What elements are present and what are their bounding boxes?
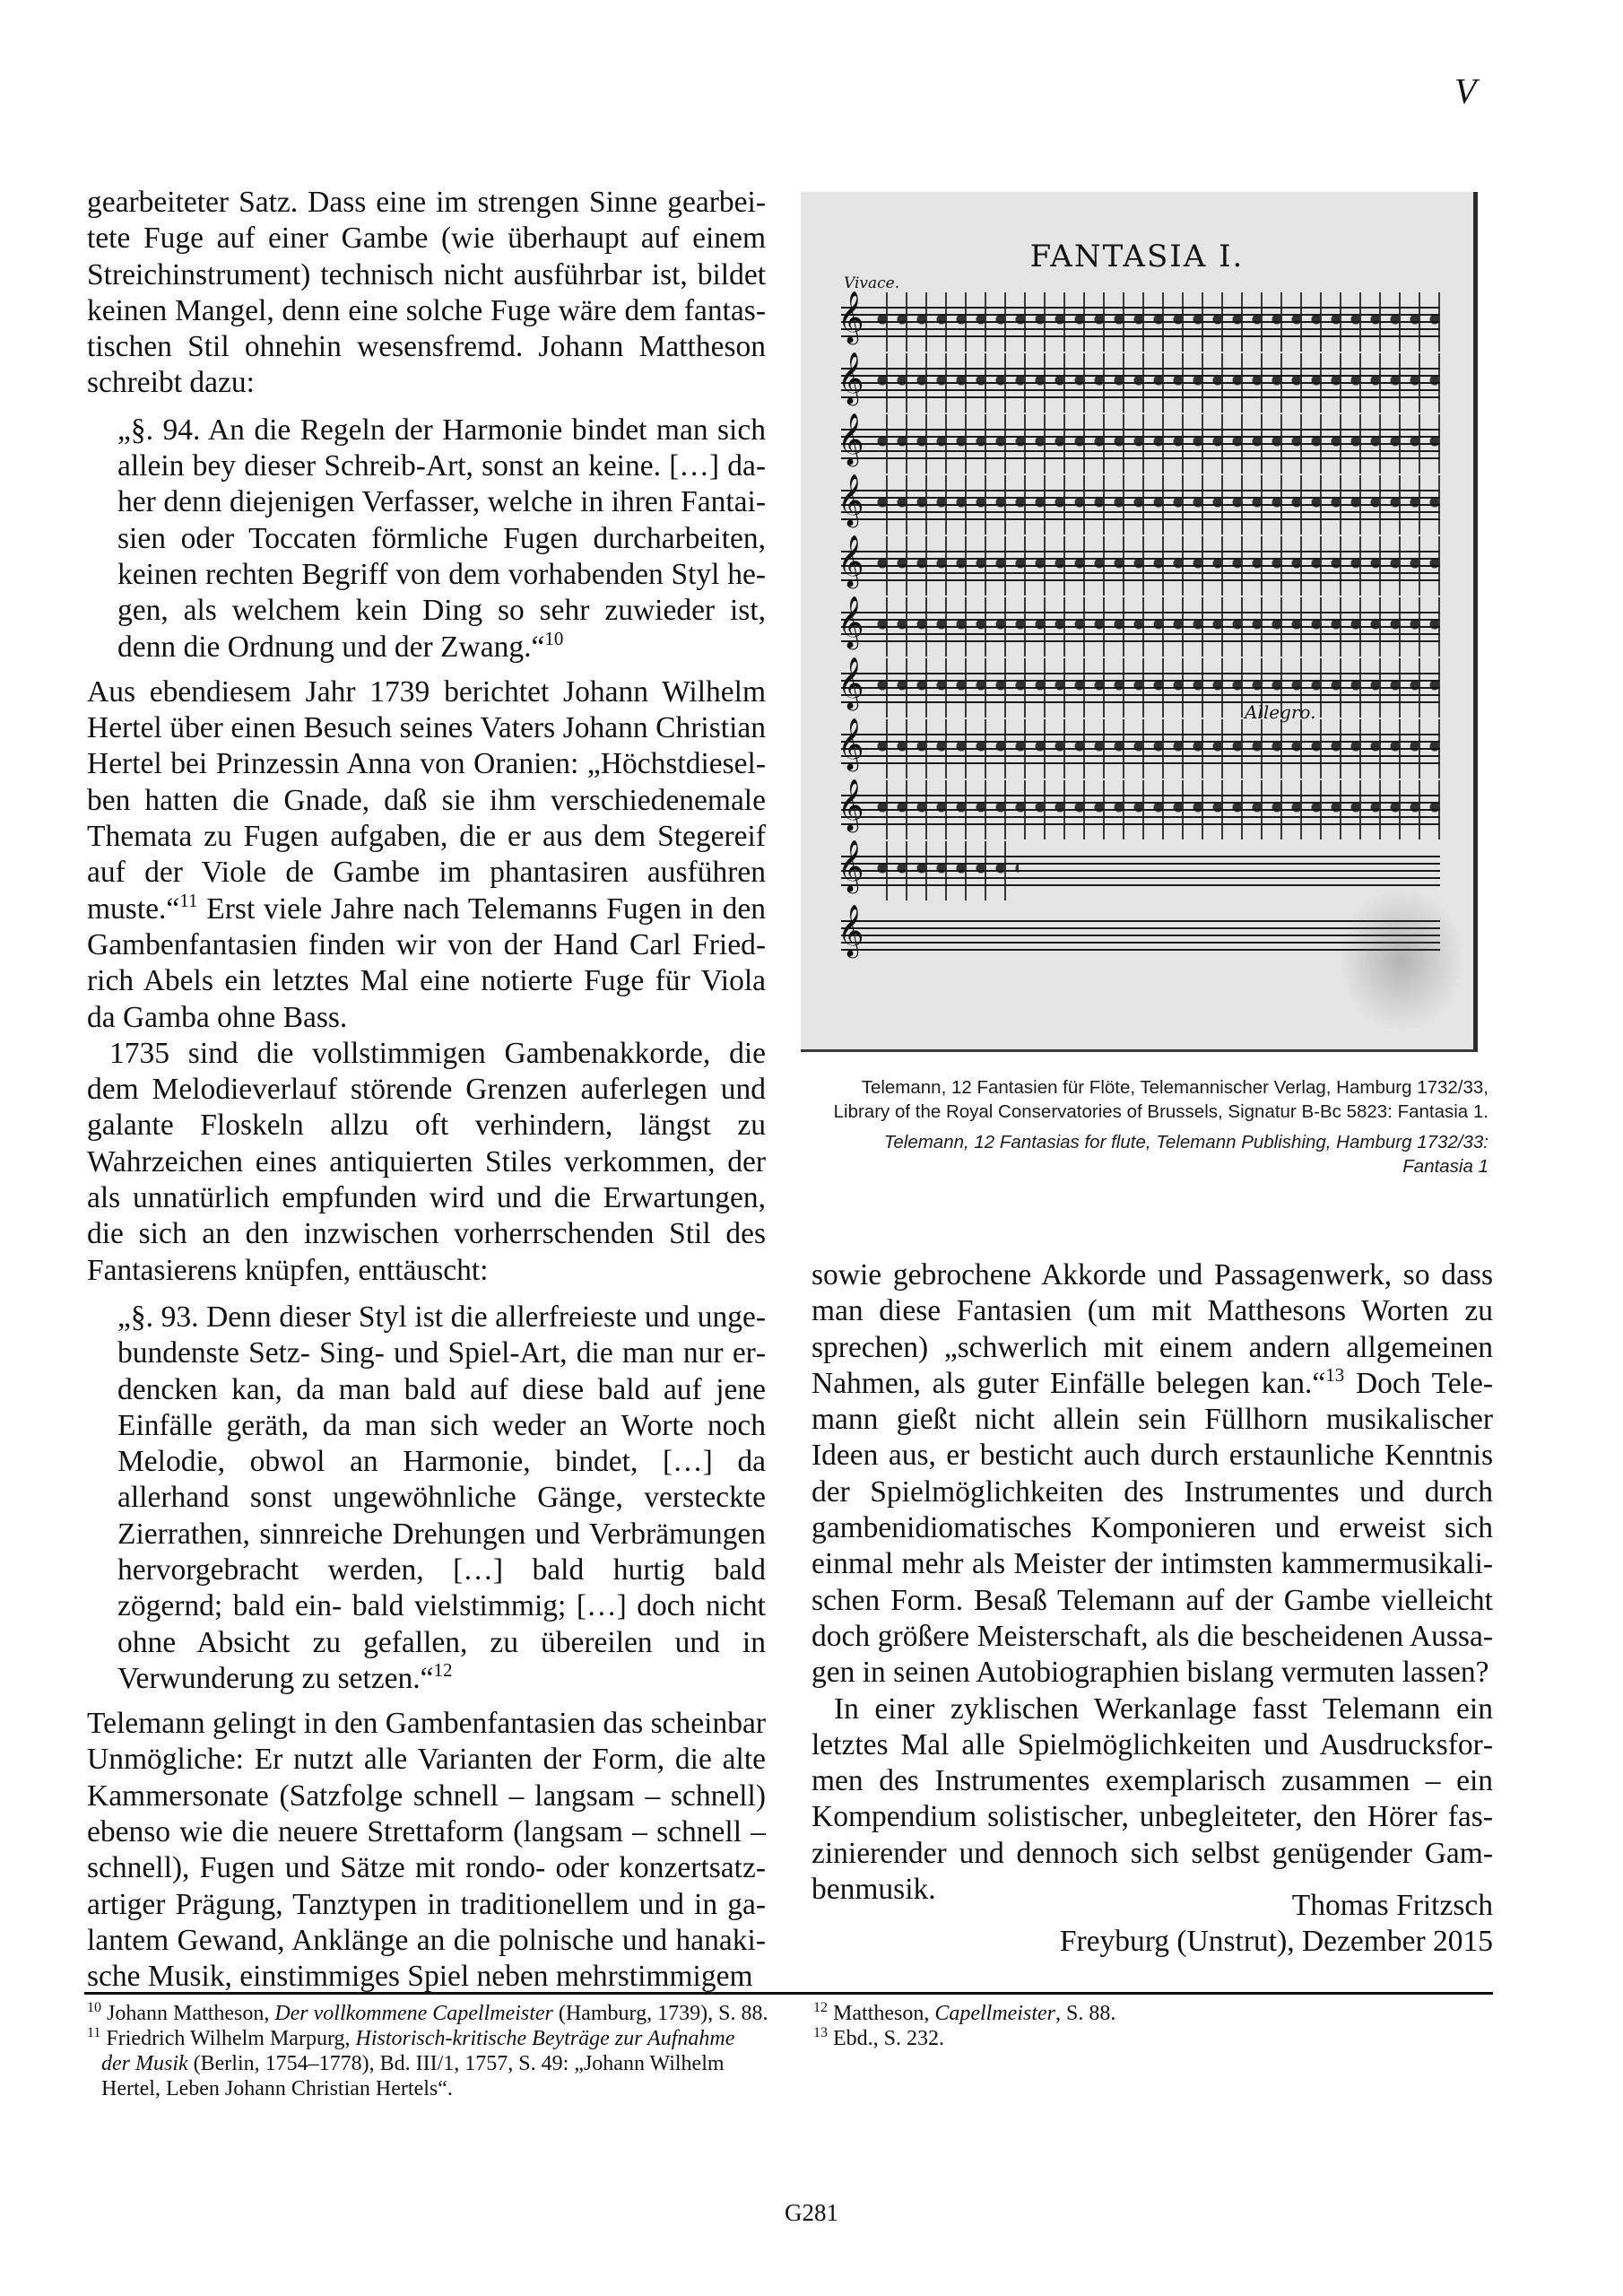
- paragraph: sowie gebrochene Akkorde und Passagenwer…: [811, 1257, 1493, 1692]
- paragraph: 1735 sind die vollstimmigen Gambenakkord…: [87, 1036, 766, 1289]
- treble-clef-icon: 𝄞: [838, 908, 864, 952]
- paragraph: Telemann gelingt in den Gambenfantasien …: [87, 1706, 766, 1995]
- footnote-text: (Berlin, 1754–1778), Bd. III/1, 1757, S.…: [101, 2052, 725, 2100]
- paper-stain: [1339, 888, 1464, 1031]
- footnote-number: 12: [813, 2000, 828, 2015]
- footnotes-right: 12 Mattheson, Capellmeister, S. 88. 13 E…: [813, 2001, 1477, 2051]
- treble-clef-icon: 𝄞: [838, 477, 864, 522]
- music-staff: 𝄞: [841, 429, 1440, 459]
- treble-clef-icon: 𝄞: [838, 294, 864, 339]
- paragraph-text: Erst viele Jahre nach Telemanns Fugen in…: [87, 892, 766, 1034]
- footnote-text: Ebd., S. 232.: [833, 2027, 944, 2050]
- footnote-number: 13: [813, 2025, 828, 2040]
- footnote-title: Der vollkommene Capellmeister: [274, 2002, 553, 2025]
- manuscript-facsimile-image: FANTASIA I. Vivace. 𝄞 𝄞 𝄞 𝄞 𝄞 𝄞 𝄞 Allegr…: [801, 192, 1478, 1052]
- music-staff: 𝄞: [841, 368, 1440, 398]
- footnote-text: , S. 88.: [1055, 2002, 1115, 2025]
- footnote-text: Johann Mattheson,: [107, 2002, 274, 2025]
- caption-german: Telemann, 12 Fantasien für Flöte, Telema…: [811, 1075, 1488, 1124]
- music-staff: 𝄞: [841, 307, 1440, 337]
- quote-text: „§. 93. Denn dieser Styl ist die allerfr…: [117, 1300, 766, 1695]
- footnote-text: (Hamburg, 1739), S. 88.: [553, 2002, 768, 2025]
- music-staff: 𝄞: [841, 490, 1440, 520]
- music-staff: 𝄞: [841, 734, 1440, 764]
- treble-clef-icon: 𝄞: [838, 599, 864, 644]
- footnote-10: 10 Johann Mattheson, Der vollkommene Cap…: [87, 2001, 768, 2026]
- footnote-11: 11 Friedrich Wilhelm Marpurg, Historisch…: [87, 2026, 768, 2101]
- treble-clef-icon: 𝄞: [838, 782, 864, 827]
- treble-clef-icon: 𝄞: [838, 721, 864, 766]
- footnote-number: 11: [87, 2025, 100, 2040]
- footnote-number: 10: [87, 2000, 101, 2015]
- quote-text: „§. 94. An die Regeln der Harmonie binde…: [117, 413, 766, 664]
- page-folio: V: [1454, 74, 1476, 109]
- tempo-marking-vivace: Vivace.: [844, 274, 899, 292]
- author-signature: Thomas Fritzsch: [1292, 1888, 1493, 1924]
- paragraph-text: Doch Tele­mann gießt nicht allein sein F…: [811, 1367, 1493, 1689]
- footnote-13: 13 Ebd., S. 232.: [813, 2026, 1477, 2051]
- music-staff: 𝄞: [841, 612, 1440, 642]
- page-number: G281: [0, 2199, 1623, 2227]
- figure-caption: Telemann, 12 Fantasien für Flöte, Telema…: [811, 1075, 1488, 1178]
- footnote-text: Friedrich Wilhelm Marpurg,: [106, 2027, 355, 2050]
- treble-clef-icon: 𝄞: [838, 355, 864, 400]
- footnote-text: Mattheson,: [833, 2002, 934, 2025]
- place-and-date: Freyburg (Unstrut), Dezember 2015: [1060, 1924, 1493, 1960]
- paragraph: gearbeiteter Satz. Dass eine im strengen…: [87, 185, 766, 402]
- treble-clef-icon: 𝄞: [838, 538, 864, 583]
- right-column: sowie gebrochene Akkorde und Passagenwer…: [811, 1257, 1493, 1908]
- treble-clef-icon: 𝄞: [838, 660, 864, 705]
- paragraph-text: Aus ebendiesem Jahr 1739 berichtet Johan…: [87, 675, 766, 926]
- footnotes-left: 10 Johann Mattheson, Der vollkommene Cap…: [87, 2001, 768, 2101]
- block-quote-mattheson-94: „§. 94. An die Regeln der Harmonie binde…: [117, 413, 766, 665]
- music-staff: 𝄞: [841, 673, 1440, 703]
- left-column: gearbeiteter Satz. Dass eine im strengen…: [87, 185, 766, 1996]
- manuscript-title: FANTASIA I.: [801, 239, 1473, 274]
- footnote-ref[interactable]: 10: [544, 628, 563, 649]
- paragraph: In einer zyklischen Werkanlage fasst Tel…: [811, 1692, 1493, 1909]
- treble-clef-icon: 𝄞: [838, 843, 864, 888]
- music-staff: 𝄞: [841, 795, 1440, 825]
- footnote-ref[interactable]: 12: [434, 1659, 453, 1681]
- block-quote-mattheson-93: „§. 93. Denn dieser Styl ist die allerfr…: [117, 1300, 766, 1697]
- caption-english: Telemann, 12 Fantasias for flute, Telema…: [811, 1130, 1488, 1178]
- footnote-ref[interactable]: 13: [1325, 1364, 1344, 1386]
- footnote-title: Capellmeister: [934, 2002, 1055, 2025]
- footnote-divider: [84, 1992, 1493, 1995]
- footnote-ref[interactable]: 11: [179, 890, 197, 911]
- treble-clef-icon: 𝄞: [838, 416, 864, 461]
- music-staff: 𝄞: [841, 856, 1440, 886]
- paragraph: Aus ebendiesem Jahr 1739 berichtet Johan…: [87, 674, 766, 1036]
- music-staff: 𝄞: [841, 551, 1440, 581]
- footnote-12: 12 Mattheson, Capellmeister, S. 88.: [813, 2001, 1477, 2026]
